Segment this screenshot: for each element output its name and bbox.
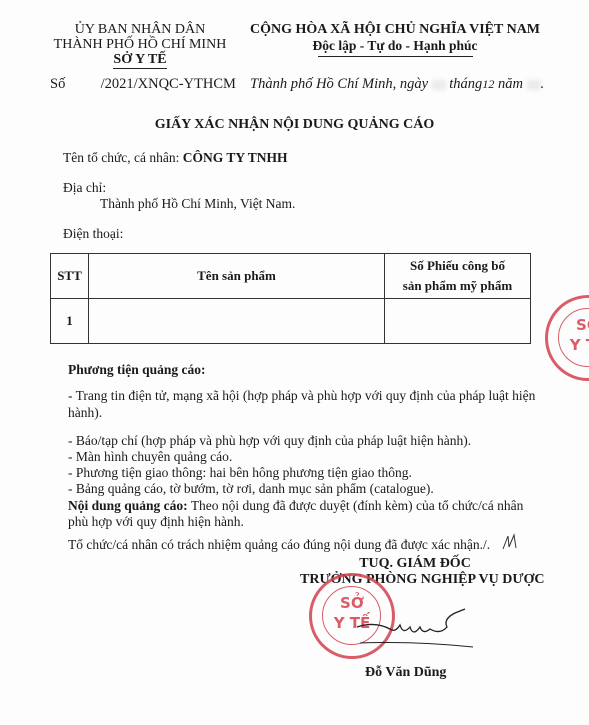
applicant-name-row: Tên tổ chức, cá nhân: CÔNG TY TNHH xyxy=(63,150,288,166)
header-product-name: Tên sản phẩm xyxy=(89,254,385,299)
cell-receipt-number xyxy=(385,299,531,344)
signature-line-1: TUQ. GIÁM ĐỐC xyxy=(300,556,530,572)
content-text-cont: phù hợp với quy định hiện hành. xyxy=(68,514,244,530)
content-text: Theo nội dung đã được duyệt (đính kèm) c… xyxy=(191,498,524,513)
cell-stt: 1 xyxy=(51,299,89,344)
partial-stamp-top-text: SỞ xyxy=(548,316,589,334)
national-title: CỘNG HÒA XÃ HỘI CHỦ NGHĨA VIỆT NAM xyxy=(250,22,540,38)
header-receipt-line-1: Số Phiếu công bố xyxy=(385,256,530,276)
date-year-value: . xyxy=(541,76,545,92)
partial-stamp: SỞ Y TẾ xyxy=(545,295,589,381)
cell-product-name xyxy=(89,299,385,344)
media-item-1: - Trang tin điện tử, mạng xã hội (hợp ph… xyxy=(68,388,535,404)
media-item-5: - Bảng quảng cáo, tờ bướm, tờ rơi, danh … xyxy=(68,481,434,497)
reference-value: /2021/XNQC-YTHCM xyxy=(101,76,236,92)
responsibility-text: Tổ chức/cá nhân có trách nhiệm quảng cáo… xyxy=(68,537,490,553)
date-year-label: năm xyxy=(498,76,523,92)
date-line: Thành phố Hồ Chí Minh, ngày tháng12 năm … xyxy=(250,76,544,93)
document-title: GIẤY XÁC NHẬN NỘI DUNG QUẢNG CÁO xyxy=(0,117,589,133)
date-month-value: 12 xyxy=(482,77,494,91)
phone-row: Điện thoại: xyxy=(63,226,123,242)
motto-underline xyxy=(318,56,473,57)
applicant-name-value: CÔNG TY TNHH xyxy=(183,150,288,165)
redacted-year xyxy=(527,80,541,90)
header-receipt-line-2: sản phẩm mỹ phẩm xyxy=(385,276,530,296)
national-header: CỘNG HÒA XÃ HỘI CHỦ NGHĨA VIỆT NAM Độc l… xyxy=(250,22,540,57)
media-item-1-cont: hành). xyxy=(68,405,102,421)
partial-stamp-bottom-text: Y TẾ xyxy=(548,336,589,354)
signature-scribble-icon xyxy=(355,605,475,650)
issuer-header: ỦY BAN NHÂN DÂN THÀNH PHỐ HỒ CHÍ MINH SỞ… xyxy=(40,22,240,69)
product-table: STT Tên sản phẩm Số Phiếu công bố sản ph… xyxy=(50,253,531,344)
issuer-line-2: THÀNH PHỐ HỒ CHÍ MINH xyxy=(40,37,240,52)
header-receipt-number: Số Phiếu công bố sản phẩm mỹ phẩm xyxy=(385,254,531,299)
issuer-department: SỞ Y TẾ xyxy=(113,52,166,69)
reference-number: Số /2021/XNQC-YTHCM xyxy=(50,76,236,93)
initials-mark-icon xyxy=(500,533,522,551)
header-stt: STT xyxy=(51,254,89,299)
date-month-label: tháng xyxy=(449,76,482,92)
date-place: Thành phố Hồ Chí Minh, ngày xyxy=(250,76,428,92)
address-value: Thành phố Hồ Chí Minh, Việt Nam. xyxy=(100,196,295,212)
national-motto: Độc lập - Tự do - Hạnh phúc xyxy=(250,38,540,54)
address-label: Địa chỉ: xyxy=(63,180,106,196)
media-item-4: - Phương tiện giao thông: hai bên hông p… xyxy=(68,465,412,481)
issuer-line-1: ỦY BAN NHÂN DÂN xyxy=(40,22,240,37)
content-row: Nội dung quảng cáo: Theo nội dung đã đượ… xyxy=(68,498,523,514)
media-item-2: - Báo/tạp chí (hợp pháp và phù hợp với q… xyxy=(68,433,471,449)
phone-label: Điện thoại: xyxy=(63,226,123,241)
reference-label: Số xyxy=(50,76,65,92)
document-page: ỦY BAN NHÂN DÂN THÀNH PHỐ HỒ CHÍ MINH SỞ… xyxy=(0,0,589,725)
table-header-row: STT Tên sản phẩm Số Phiếu công bố sản ph… xyxy=(51,254,531,299)
applicant-name-label: Tên tổ chức, cá nhân: xyxy=(63,150,179,165)
media-heading: Phương tiện quảng cáo: xyxy=(68,362,205,378)
media-item-3: - Màn hình chuyên quảng cáo. xyxy=(68,449,232,465)
table-row: 1 xyxy=(51,299,531,344)
signer-name: Đỗ Văn Dũng xyxy=(365,665,446,681)
redacted-day xyxy=(432,80,446,90)
content-label: Nội dung quảng cáo: xyxy=(68,498,188,513)
